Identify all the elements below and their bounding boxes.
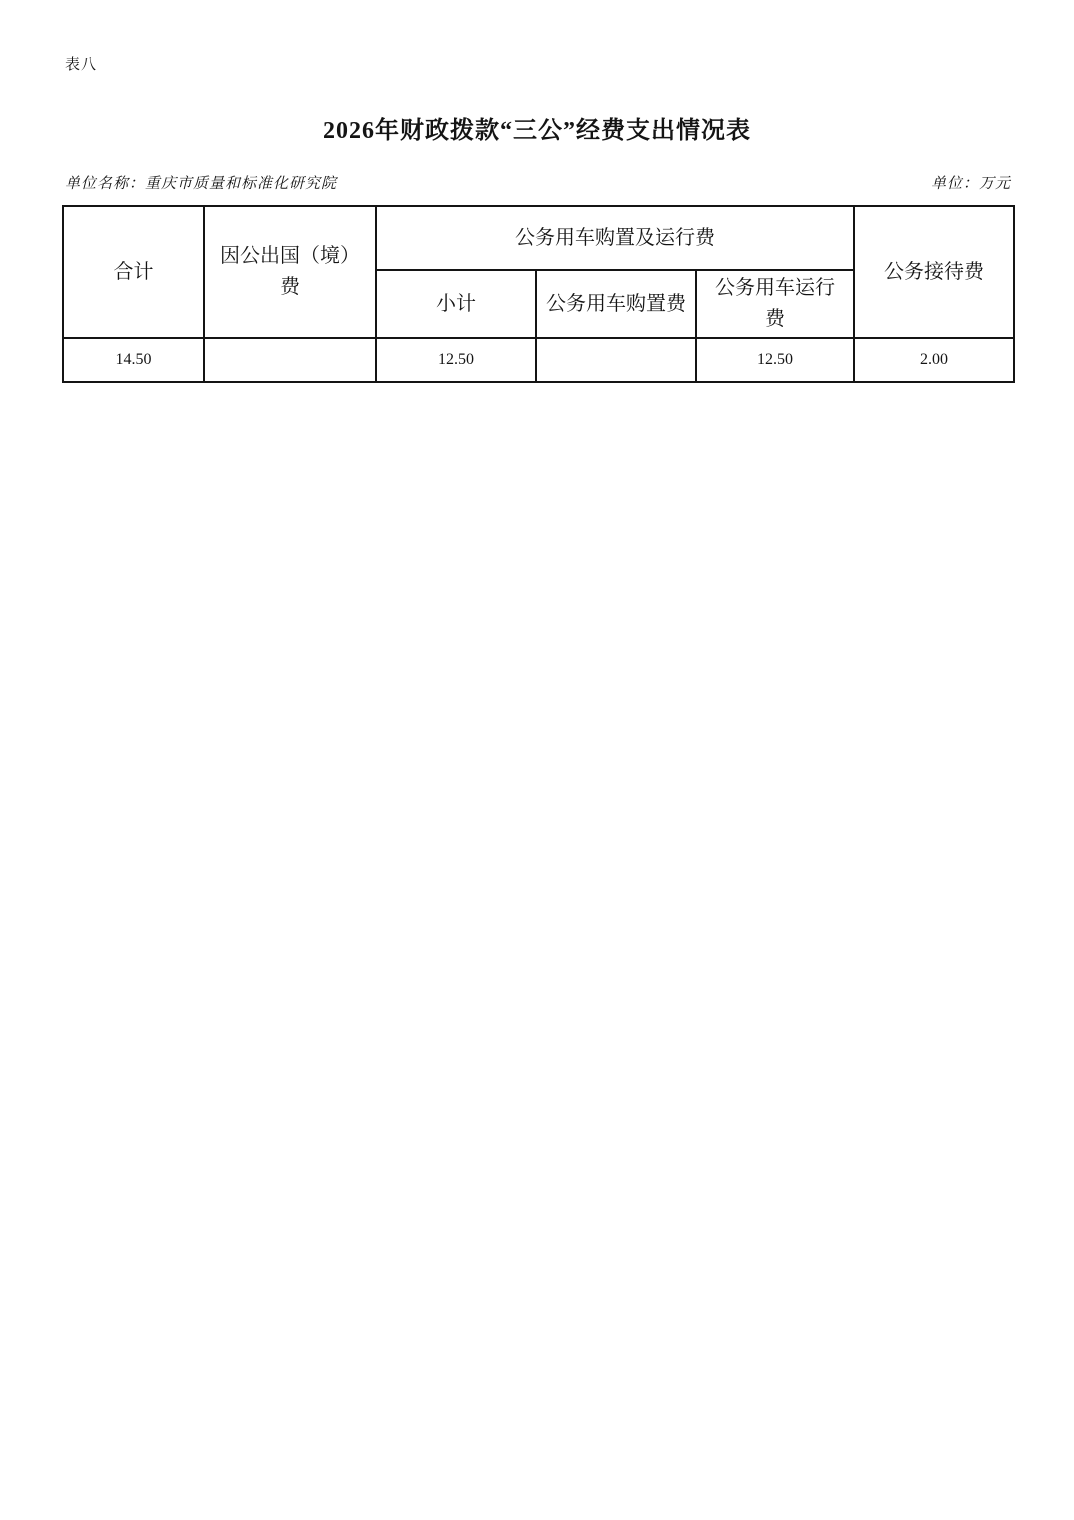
expenses-table: 合计 因公出国（境） 费 公务用车购置及运行费 公务接待费 小计 公务用车购置费… <box>62 205 1015 383</box>
header-vehicle-group: 公务用车购置及运行费 <box>376 206 854 270</box>
cell-reception-fee: 2.00 <box>854 338 1014 382</box>
data-row: 14.50 12.50 12.50 2.00 <box>63 338 1014 382</box>
unit-name-text: 单位名称：重庆市质量和标准化研究院 <box>65 172 337 193</box>
header-abroad-fee: 因公出国（境） 费 <box>204 206 376 338</box>
cell-vehicle-operation: 12.50 <box>696 338 854 382</box>
cell-vehicle-purchase <box>536 338 696 382</box>
header-row-1: 合计 因公出国（境） 费 公务用车购置及运行费 公务接待费 <box>63 206 1014 270</box>
document-page: 表八 2026年财政拨款“三公”经费支出情况表 单位名称：重庆市质量和标准化研究… <box>0 0 1074 1520</box>
header-vehicle-subtotal: 小计 <box>376 270 536 338</box>
cell-abroad-fee <box>204 338 376 382</box>
header-vehicle-operation: 公务用车运行 费 <box>696 270 854 338</box>
cell-vehicle-subtotal: 12.50 <box>376 338 536 382</box>
header-total: 合计 <box>63 206 204 338</box>
table-tag: 表八 <box>65 53 97 74</box>
header-reception-fee: 公务接待费 <box>854 206 1014 338</box>
info-line: 单位名称：重庆市质量和标准化研究院 单位：万元 <box>65 172 1011 193</box>
header-vehicle-purchase: 公务用车购置费 <box>536 270 696 338</box>
cell-total: 14.50 <box>63 338 204 382</box>
page-title: 2026年财政拨款“三公”经费支出情况表 <box>0 110 1074 145</box>
currency-unit-text: 单位：万元 <box>931 172 1011 193</box>
